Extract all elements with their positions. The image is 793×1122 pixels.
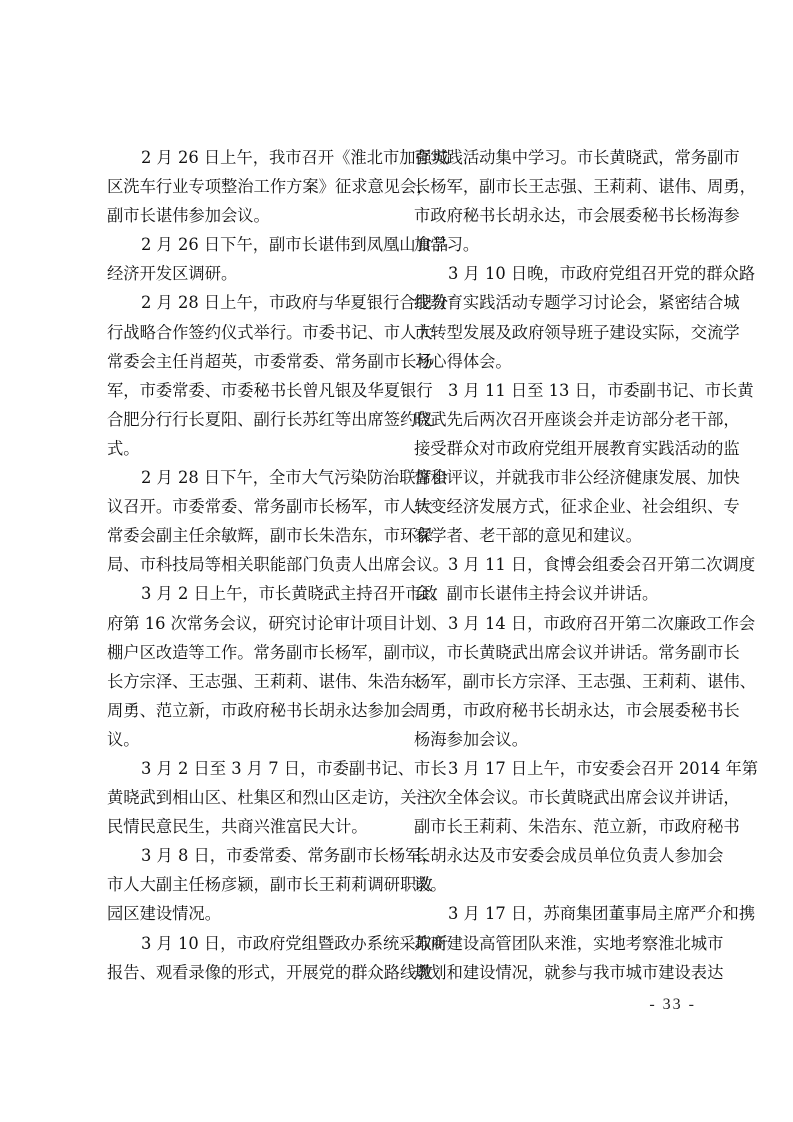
text-line: 合肥分行行长夏阳、副行长苏红等出席签约仪 [107, 409, 387, 438]
page-number: - 33 - [640, 994, 696, 1016]
text-line: 议。 [107, 729, 387, 758]
text-line: 2 月 28 日上午，市政府与华夏银行合肥分 [107, 292, 387, 321]
text-line: 长杨军，副市长王志强、王莉莉、谌伟、周勇， [414, 176, 694, 205]
text-line: 加学习。 [414, 234, 694, 263]
text-line: 杨军，副市长方宗泽、王志强、王莉莉、谌伟、 [414, 671, 694, 700]
text-line: 规划和建设情况，就参与我市城市建设表达 [414, 962, 694, 991]
text-line: 局、市科技局等相关职能部门负责人出席会议。 [107, 554, 387, 583]
text-line: 议，市长黄晓武出席会议并讲话。常务副市长 [414, 642, 694, 671]
text-line: 常委会主任肖超英，市委常委、常务副市长杨 [107, 351, 387, 380]
text-line: 军，市委常委、市委秘书长曾凡银及华夏银行 [107, 380, 387, 409]
text-line: 3 月 11 日至 13 日，市委副书记、市长黄 [414, 380, 694, 409]
text-line: 督和评议，并就我市非公经济健康发展、加快 [414, 467, 694, 496]
text-line: 副市长谌伟参加会议。 [107, 205, 387, 234]
text-line: 副市长王莉莉、朱浩东、范立新，市政府秘书 [414, 816, 694, 845]
text-line: 3 月 10 日晚，市政府党组召开党的群众路 [414, 263, 694, 292]
text-line: 府第 16 次常务会议，研究讨论审计项目计划、 [107, 613, 387, 642]
text-line: 3 月 17 日上午，市安委会召开 2014 年第 [414, 758, 694, 787]
text-line: 会。副市长谌伟主持会议并讲话。 [414, 583, 694, 612]
text-line: 区洗车行业专项整治工作方案》征求意见会， [107, 176, 387, 205]
text-line: 园区建设情况。 [107, 903, 387, 932]
text-line: 3 月 8 日，市委常委、常务副市长杨军， [107, 845, 387, 874]
text-line: 3 月 14 日，市政府召开第二次廉政工作会 [414, 613, 694, 642]
text-line: 长方宗泽、王志强、王莉莉、谌伟、朱浩东、 [107, 671, 387, 700]
text-line: 黄晓武到相山区、杜集区和烈山区走访，关注 [107, 787, 387, 816]
text-line: 棚户区改造等工作。常务副市长杨军，副市 [107, 642, 387, 671]
text-line: 育实践活动集中学习。市长黄晓武，常务副市 [414, 147, 694, 176]
text-line: 市人大副主任杨彦颍，副市长王莉莉调研职教 [107, 874, 387, 903]
text-line: 议。 [414, 874, 694, 903]
text-line: 2 月 28 日下午，全市大气污染防治联席会 [107, 467, 387, 496]
text-line: 议召开。市委常委、常务副市长杨军，市人大 [107, 496, 387, 525]
document-page: 2 月 26 日上午，我市召开《淮北市加强城区洗车行业专项整治工作方案》征求意见… [0, 0, 793, 1122]
text-line: 3 月 2 日上午，市长黄晓武主持召开市政 [107, 583, 387, 612]
text-line: 一次全体会议。市长黄晓武出席会议并讲话， [414, 787, 694, 816]
text-line: 行战略合作签约仪式举行。市委书记、市人大 [107, 322, 387, 351]
text-line: 家学者、老干部的意见和建议。 [414, 525, 694, 554]
text-line: 常委会副主任余敏辉，副市长朱浩东，市环保 [107, 525, 387, 554]
text-line: 民情民意民生，共商兴淮富民大计。 [107, 816, 387, 845]
text-line: 周勇、范立新，市政府秘书长胡永达参加会 [107, 700, 387, 729]
text-line: 经济开发区调研。 [107, 263, 387, 292]
text-line: 周勇，市政府秘书长胡永达，市会展委秘书长 [414, 700, 694, 729]
text-line: 式。 [107, 438, 387, 467]
text-line: 习心得体会。 [414, 351, 694, 380]
text-line: 市转型发展及政府领导班子建设实际，交流学 [414, 322, 694, 351]
text-line: 2 月 26 日下午，副市长谌伟到凤凰山食品 [107, 234, 387, 263]
text-line: 转变经济发展方式，征求企业、社会组织、专 [414, 496, 694, 525]
text-line: 接受群众对市政府党组开展教育实践活动的监 [414, 438, 694, 467]
text-line: 3 月 2 日至 3 月 7 日，市委副书记、市长 [107, 758, 387, 787]
text-line: 3 月 10 日，市政府党组暨政办系统采取听 [107, 933, 387, 962]
text-line: 线教育实践活动专题学习讨论会，紧密结合城 [414, 292, 694, 321]
text-line: 晓武先后两次召开座谈会并走访部分老干部， [414, 409, 694, 438]
text-line: 3 月 11 日，食博会组委会召开第二次调度 [414, 554, 694, 583]
text-line: 苏商建设高管团队来淮，实地考察淮北城市 [414, 933, 694, 962]
text-line: 长胡永达及市安委会成员单位负责人参加会 [414, 845, 694, 874]
text-line: 2 月 26 日上午，我市召开《淮北市加强城 [107, 147, 387, 176]
text-line: 3 月 17 日，苏商集团董事局主席严介和携 [414, 903, 694, 932]
left-column: 2 月 26 日上午，我市召开《淮北市加强城区洗车行业专项整治工作方案》征求意见… [107, 147, 387, 991]
text-line: 报告、观看录像的形式，开展党的群众路线教 [107, 962, 387, 991]
right-column: 育实践活动集中学习。市长黄晓武，常务副市长杨军，副市长王志强、王莉莉、谌伟、周勇… [414, 147, 694, 991]
text-line: 杨海参加会议。 [414, 729, 694, 758]
text-line: 市政府秘书长胡永达，市会展委秘书长杨海参 [414, 205, 694, 234]
